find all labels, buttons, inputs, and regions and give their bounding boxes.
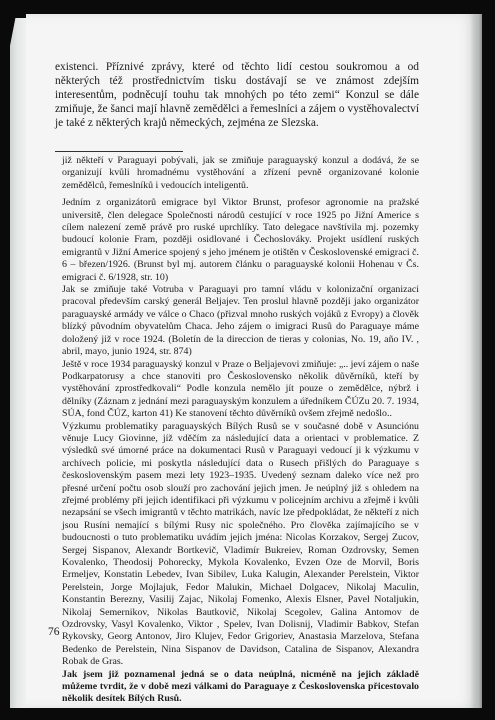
main-text-block: existenci. Příznivé zprávy, které od těc…: [55, 61, 419, 131]
scanned-book-page: existenci. Příznivé zprávy, které od těc…: [0, 0, 495, 720]
main-paragraph: existenci. Příznivé zprávy, které od těc…: [55, 61, 419, 131]
footnote-brunst: Jedním z organizátorů emigrace byl Vikto…: [62, 197, 419, 284]
footnotes-block: již někteří v Paraguayi pobývali, jak se…: [62, 155, 419, 706]
page-binding-shadow: [470, 14, 482, 708]
footnote-giovinne: Výzkumu problematiky paraguayských Bílýc…: [62, 421, 419, 669]
footnote-beljajev: Jak se zmiňuje také Votruba v Paraguayi …: [62, 284, 419, 358]
page-number: 76: [48, 626, 60, 638]
footnote-konzul-1934: Ještě v roce 1934 paraguayský konzul v P…: [62, 359, 419, 421]
footnote-separator: [55, 151, 183, 152]
footnote-conclusion: Jak jsem již poznamenal jedná se o data …: [62, 669, 419, 706]
footnote-continuation: již někteří v Paraguayi pobývali, jak se…: [62, 155, 419, 192]
